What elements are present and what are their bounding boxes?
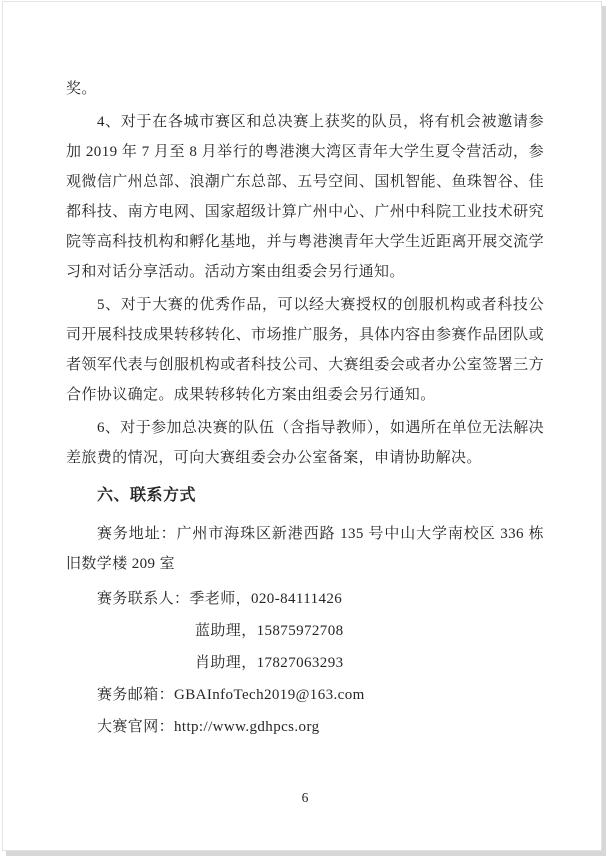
contact-address: 赛务地址：广州市海珠区新港西路 135 号中山大学南校区 336 栋旧数学楼 2… xyxy=(66,519,544,579)
page-number: 6 xyxy=(66,790,544,806)
paragraph-item-6: 6、对于参加总决赛的队伍（含指导教师），如遇所在单位无法解决差旅费的情况，可向大… xyxy=(66,413,544,473)
paragraph-item-4: 4、对于在各城市赛区和总决赛上获奖的队员，将有机会被邀请参加 2019 年 7 … xyxy=(66,107,544,287)
contact-website: 大赛官网：http://www.gdhpcs.org xyxy=(66,712,544,742)
paragraph-carryover: 奖。 xyxy=(66,74,544,104)
contact-email: 赛务邮箱：GBAInfoTech2019@163.com xyxy=(66,680,544,710)
contact-person: 赛务联系人：季老师，020-84111426 xyxy=(66,584,544,614)
contact-assistant-xiao: 肖助理，17827063293 xyxy=(66,648,544,678)
page-content: 奖。 4、对于在各城市赛区和总决赛上获奖的队员，将有机会被邀请参加 2019 年… xyxy=(66,74,544,742)
contact-assistant-lan: 蓝助理，15875972708 xyxy=(66,616,544,646)
document-page: 奖。 4、对于在各城市赛区和总决赛上获奖的队员，将有机会被邀请参加 2019 年… xyxy=(2,1,602,851)
paragraph-item-5: 5、对于大赛的优秀作品，可以经大赛授权的创服机构或者科技公司开展科技成果转移转化… xyxy=(66,290,544,410)
section-heading-contact: 六、联系方式 xyxy=(66,481,544,511)
